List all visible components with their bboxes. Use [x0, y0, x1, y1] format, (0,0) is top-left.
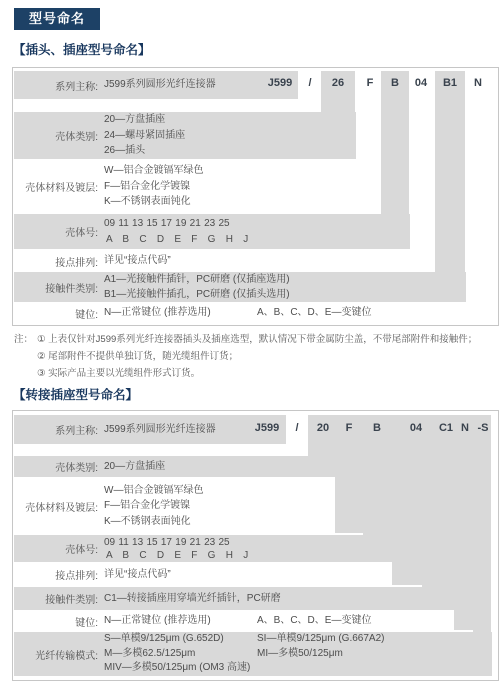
- contact-arrangement-row: 接点排列: 详见“接点代码”: [14, 252, 171, 270]
- code-slash: /: [295, 422, 298, 434]
- key-value2: A、B、C、D、E—变键位: [257, 307, 371, 319]
- contact-arrangement-value: 详见“接点代码”: [104, 255, 171, 267]
- code-contact-type: C1: [439, 422, 453, 434]
- material-line: K—不锈钢表面钝化: [104, 194, 203, 210]
- shell-no-row: 壳体号: 09 11 13 15 17 19 21 23 25 A B C D …: [14, 214, 248, 249]
- code-fiber-mode: -S: [478, 422, 489, 434]
- code-slash: /: [308, 77, 311, 89]
- section1-heading: 【插头、插座型号命名】: [13, 40, 151, 58]
- shell-type-row: 壳体类别: 20—方盘插座 24—螺母紧固插座 26—插头: [14, 112, 185, 159]
- contact-arrangement-row: 接点排列: 详见“接点代码”: [14, 565, 171, 584]
- shell-type-line: 20—方盘插座: [104, 112, 185, 128]
- section2-heading: 【转接插座型号命名】: [13, 385, 138, 403]
- notes-block: 注： ① 上表仅针对J599系列光纤连接器插头及插座选型，默认情况下带金属防尘盖…: [14, 331, 477, 382]
- note-item: ① 上表仅针对J599系列光纤连接器插头及插座选型，默认情况下带金属防尘盖，不带…: [37, 331, 477, 348]
- page-title: 型号命名: [14, 8, 100, 30]
- shell-type-line: 24—螺母紧固插座: [104, 128, 185, 144]
- contact-type-value: C1—转接插座用穿墙光纤插针，PC研磨: [104, 593, 281, 605]
- series-row: 系列主称: J599系列圆形光纤连接器: [14, 71, 216, 99]
- series-label: 系列主称:: [14, 422, 98, 437]
- shell-type-row: 壳体类别: 20—方盘插座: [14, 456, 165, 477]
- shell-type-value: 20—方盘插座: [104, 461, 165, 473]
- shell-no-letters: A B C D E F G H J: [104, 232, 248, 248]
- fiber-mode-value: SI—单模9/125μm (G.667A2): [257, 632, 384, 647]
- material-label: 壳体材料及镀层:: [14, 499, 98, 514]
- shell-no-numbers: 09 11 13 15 17 19 21 23 25: [104, 536, 248, 549]
- code-series: J599: [255, 422, 279, 434]
- fiber-mode-label: 光纤传输模式:: [14, 647, 98, 662]
- key-row: 键位: N—正常键位 (推荐选用) A、B、C、D、E—变键位: [14, 304, 371, 322]
- pointer-bar-S: [473, 415, 491, 676]
- fiber-mode-value: M—多模62.5/125μm: [104, 647, 257, 662]
- shell-no-letters: A B C D E F G H J: [104, 549, 248, 562]
- shell-no-label: 壳体号:: [14, 224, 98, 239]
- note-item: ③ 实际产品主要以光缆组件形式订货。: [37, 365, 477, 382]
- contact-type-row: 接触件类别: C1—转接插座用穿墙光纤插针，PC研磨: [14, 587, 281, 610]
- contact-type-label: 接触件类别:: [14, 280, 98, 295]
- pointer-bar-C1: [422, 415, 454, 610]
- shell-no-row: 壳体号: 09 11 13 15 17 19 21 23 25 A B C D …: [14, 535, 248, 562]
- code-shell-no: B: [391, 77, 399, 89]
- code-shell-type: 20: [317, 422, 329, 434]
- contact-type-label: 接触件类别:: [14, 591, 98, 606]
- code-contact-arrangement: 04: [410, 422, 422, 434]
- pointer-bar-B: [381, 71, 409, 249]
- contact-type-line: B1—光接触件插孔，PC研磨 (仅插头选用): [104, 287, 290, 303]
- code-material: F: [367, 77, 374, 89]
- shell-no-label: 壳体号:: [14, 541, 98, 556]
- notes-prefix: 注：: [14, 331, 33, 382]
- adapter-socket-naming-table: J599 / 20 F B 04 C1 N -S 系列主称: J599系列圆形光…: [12, 410, 499, 681]
- material-line: F—铝合金化学镀镍: [104, 179, 203, 195]
- note-item: ② 尾部附件不提供单独订货，随光缆组件订货；: [37, 348, 477, 365]
- pointer-bar-B: [363, 415, 392, 562]
- key-label: 键位:: [14, 614, 98, 629]
- contact-arrangement-value: 详见“接点代码”: [104, 569, 171, 581]
- key-row: 键位: N—正常键位 (推荐选用) A、B、C、D、E—变键位: [14, 612, 371, 630]
- pointer-bar-B1: [435, 71, 465, 302]
- pointer-bar-04: [392, 415, 422, 585]
- key-value2: A、B、C、D、E—变键位: [257, 615, 371, 627]
- code-material: F: [346, 422, 353, 434]
- series-row: 系列主称: J599系列圆形光纤连接器: [14, 415, 216, 444]
- material-line: W—铝合金镀镉军绿色: [104, 483, 203, 499]
- key-label: 键位:: [14, 306, 98, 321]
- series-value: J599系列圆形光纤连接器: [104, 79, 216, 91]
- material-row: 壳体材料及镀层: W—铝合金镀镉军绿色 F—铝合金化学镀镍 K—不锈钢表面钝化: [14, 479, 203, 533]
- contact-arrangement-label: 接点排列:: [14, 254, 98, 269]
- pointer-bar-N: [454, 415, 473, 630]
- material-label: 壳体材料及镀层:: [14, 179, 98, 194]
- shell-type-line: 26—插头: [104, 143, 185, 159]
- material-line: W—铝合金镀镉军绿色: [104, 163, 203, 179]
- contact-arrangement-label: 接点排列:: [14, 567, 98, 582]
- shell-type-label: 壳体类别:: [14, 459, 98, 474]
- contact-type-line: A1—光接触件插针，PC研磨 (仅插座选用): [104, 272, 290, 288]
- plug-socket-naming-table: J599 / 26 F B 04 B1 N 系列主称: J599系列圆形光纤连接…: [12, 67, 499, 326]
- code-shell-no: B: [373, 422, 381, 434]
- material-row: 壳体材料及镀层: W—铝合金镀镉军绿色 F—铝合金化学镀镍 K—不锈钢表面钝化: [14, 161, 203, 212]
- key-value: N—正常键位 (推荐选用): [104, 307, 257, 319]
- material-line: F—铝合金化学镀镍: [104, 498, 203, 514]
- contact-type-row: 接触件类别: A1—光接触件插针，PC研磨 (仅插座选用) B1—光接触件插孔，…: [14, 272, 290, 302]
- code-shell-type: 26: [332, 77, 344, 89]
- key-value: N—正常键位 (推荐选用): [104, 615, 257, 627]
- fiber-mode-row: 光纤传输模式: S—单模9/125μm (G.652D) SI—单模9/125μ…: [14, 632, 384, 676]
- code-contact-type: B1: [443, 77, 457, 89]
- code-series: J599: [268, 77, 292, 89]
- material-line: K—不锈钢表面钝化: [104, 514, 203, 530]
- series-value: J599系列圆形光纤连接器: [104, 424, 216, 436]
- fiber-mode-value: MI—多模50/125μm: [257, 647, 343, 662]
- catalog-page: 型号命名 【插头、插座型号命名】 J599 / 26 F B 04 B1 N 系…: [0, 0, 504, 687]
- shell-no-numbers: 09 11 13 15 17 19 21 23 25: [104, 216, 248, 232]
- shell-type-label: 壳体类别:: [14, 128, 98, 143]
- fiber-mode-value: S—单模9/125μm (G.652D): [104, 632, 257, 647]
- code-key: N: [461, 422, 469, 434]
- code-key: N: [474, 77, 482, 89]
- code-contact-arrangement: 04: [415, 77, 427, 89]
- series-label: 系列主称:: [14, 78, 98, 93]
- fiber-mode-value: MIV—多模50/125μm (OM3 高速): [104, 661, 384, 676]
